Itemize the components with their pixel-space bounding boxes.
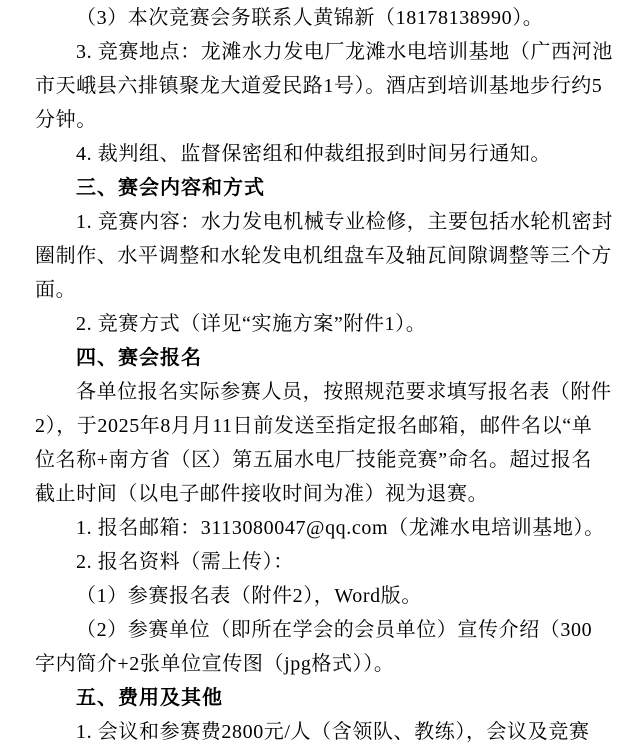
- text-line: 2. 竞赛方式（详见“实施方案”附件1）。: [35, 307, 624, 341]
- section-heading: 三、赛会内容和方式: [35, 171, 624, 205]
- text-line: （3）本次竞赛会务联系人黄锦新（18178138990）。: [35, 1, 624, 35]
- text-line: 3. 竞赛地点：龙滩水力发电厂龙滩水电培训基地（广西河池: [35, 35, 624, 69]
- text-line: 2. 报名资料（需上传）：: [35, 545, 624, 579]
- text-line: 字内简介+2张单位宣传图（jpg格式））。: [35, 647, 624, 681]
- document-body: （3）本次竞赛会务联系人黄锦新（18178138990）。3. 竞赛地点：龙滩水…: [0, 0, 630, 749]
- document-page: （3）本次竞赛会务联系人黄锦新（18178138990）。3. 竞赛地点：龙滩水…: [0, 0, 630, 752]
- text-line: 面。: [35, 273, 624, 307]
- text-line: 市天峨县六排镇聚龙大道爱民路1号）。酒店到培训基地步行约5: [35, 69, 624, 103]
- text-line: （2）参赛单位（即所在学会的会员单位）宣传介绍（300: [35, 613, 624, 647]
- text-line: 分钟。: [35, 103, 624, 137]
- text-line: （1）参赛报名表（附件2），Word版。: [35, 579, 624, 613]
- text-line: 1. 竞赛内容：水力发电机械专业检修，主要包括水轮机密封: [35, 205, 624, 239]
- text-line: 位名称+南方省（区）第五届水电厂技能竞赛”命名。超过报名: [35, 443, 624, 477]
- text-line: 2），于2025年8月月11日前发送至指定报名邮箱，邮件名以“单: [35, 409, 624, 443]
- text-line: 1. 会议和参赛费2800元/人（含领队、教练），会议及竞赛: [35, 715, 624, 749]
- text-line: 截止时间（以电子邮件接收时间为准）视为退赛。: [35, 477, 624, 511]
- text-line: 4. 裁判组、监督保密组和仲裁组报到时间另行通知。: [35, 137, 624, 171]
- text-line: 圈制作、水平调整和水轮发电机组盘车及轴瓦间隙调整等三个方: [35, 239, 624, 273]
- section-heading: 五、费用及其他: [35, 681, 624, 715]
- text-line: 1. 报名邮箱：3113080047@qq.com（龙滩水电培训基地）。: [35, 511, 624, 545]
- section-heading: 四、赛会报名: [35, 341, 624, 375]
- text-line: 各单位报名实际参赛人员，按照规范要求填写报名表（附件: [35, 375, 624, 409]
